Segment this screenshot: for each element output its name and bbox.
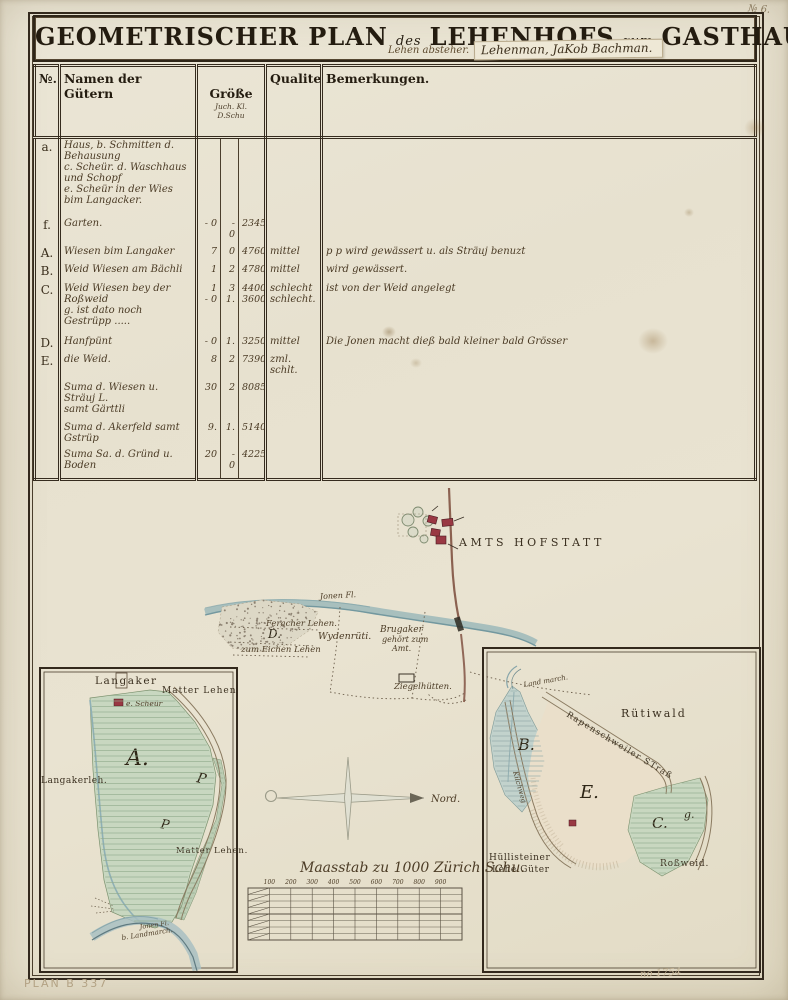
cell-klafter: - 0 [221, 217, 239, 245]
table-row: Suma d. Akerfeld samt Gstrüp 9. 1. 5140 [35, 421, 756, 449]
cell-name: Hanfpünt [60, 335, 197, 353]
cell-schuh: 4760 [239, 245, 266, 263]
scale-title: Maasstab zu 1000 Zürich Schu. [299, 860, 525, 876]
label-brugaker-3: Amt. [391, 644, 411, 653]
label-matter-lehen-top: Matter Lehen [162, 686, 237, 696]
header-remarks: Bemerkungen. [322, 66, 756, 138]
cell-no: a. [35, 138, 60, 218]
cell-schuh: 4780 [239, 263, 266, 281]
cell-schuh: 5140 [239, 421, 266, 449]
cell-klafter: 2 [221, 263, 239, 281]
cell-name: Suma Sa. d. Gründ u. Boden [60, 448, 197, 476]
title-part-1: GEOMETRISCHER PLAN [35, 22, 388, 51]
table-filler-row [35, 476, 756, 480]
cell-klafter [221, 138, 239, 218]
cell-juchart: 9. [197, 421, 221, 449]
cell-name: Haus, b. Schmitten d. Behausung c. Scheü… [60, 138, 197, 218]
table-row: A. Wiesen bim Langaker 7 0 4760 mittel p… [35, 245, 756, 263]
field-a [90, 690, 216, 928]
cell-klafter: 1. [221, 335, 239, 353]
compass-south-circle [266, 791, 277, 802]
cell-no: D. [35, 335, 60, 353]
label-g: g. [684, 808, 695, 821]
table-row: D. Hanfpünt - 0 1. 3250 mittel Die Jonen… [35, 335, 756, 353]
label-brugaker-2: gehört zum [382, 635, 429, 644]
cell-schuh [239, 138, 266, 218]
land-register-table: №. Namen der Gütern Größe Juch. Kl. D.Sc… [33, 64, 757, 481]
cell-quality: mittel [266, 335, 322, 353]
pencil-number-right: no 1754 [640, 967, 682, 980]
svg-text:800: 800 [413, 879, 425, 886]
cell-schuh: 8085 [239, 381, 266, 421]
label-langaker: Langaker [95, 675, 158, 687]
building-e [569, 820, 576, 826]
cell-no [35, 421, 60, 449]
table-row: E. die Weid. 8 2 7390 zml. schlt. [35, 353, 756, 381]
cell-quality: mittel [266, 263, 322, 281]
cell-quality: zml. schlt. [266, 353, 322, 381]
header-name: Namen der Gütern [60, 66, 197, 138]
label-eichen-lehen: zum Eichen Lehen [240, 645, 321, 655]
cell-juchart [197, 138, 221, 218]
cell-juchart: 8 [197, 353, 221, 381]
cell-remark [322, 421, 756, 449]
table-row: C. Weid Wiesen bey der Roßweid g. ist da… [35, 282, 756, 335]
subtitle-note: Lehen absteher. [388, 45, 469, 56]
title-part-3: GASTHAUS RÜTI. [661, 22, 788, 51]
cell-no: E. [35, 353, 60, 381]
svg-text:400: 400 [327, 879, 340, 886]
cell-schuh: 7390 [239, 353, 266, 381]
cell-name: Garten. [60, 217, 197, 245]
cell-name: Weid Wiesen am Bächli [60, 263, 197, 281]
label-ziegelhuetten: Ziegelhütten. [393, 682, 452, 692]
cell-juchart: 7 [197, 245, 221, 263]
cell-klafter: 3 1. [221, 282, 239, 335]
cell-no: A. [35, 245, 60, 263]
label-ruetiwald: Rütiwald [621, 707, 687, 720]
svg-text:300: 300 [306, 879, 318, 886]
cell-juchart: 1 - 0 [197, 282, 221, 335]
cell-no: f. [35, 217, 60, 245]
scheuer-building [114, 699, 123, 706]
cell-schuh: 4225 [239, 448, 266, 476]
header-size: Größe Juch. Kl. D.Schu [197, 66, 266, 138]
center-map: AMTS HOFSTATT Jonen Fl. Feracher Lehen. … [205, 488, 605, 703]
cell-klafter: - 0 [221, 448, 239, 476]
cell-juchart: - 0 [197, 335, 221, 353]
label-brugaker-1: Brugaker [379, 625, 424, 635]
cell-name: die Weid. [60, 353, 197, 381]
label-d: D. [267, 627, 281, 641]
pencil-archive-number: PLAN B 337 [24, 977, 108, 990]
cell-quality [266, 381, 322, 421]
right-panel-map: Land march. Rütiwald Rapenschweiler STra… [483, 648, 760, 972]
cell-remark: p p wird gewässert u. als Sträuj benuzt [322, 245, 756, 263]
label-wydenrueti: Wydenrüti. [318, 631, 371, 642]
cell-no: B. [35, 263, 60, 281]
svg-text:100: 100 [264, 879, 276, 886]
compass-rose: Nord. [266, 757, 461, 840]
cell-schuh: 3250 [239, 335, 266, 353]
cell-remark: wird gewässert. [322, 263, 756, 281]
cell-juchart: 1 [197, 263, 221, 281]
svg-text:200: 200 [284, 879, 297, 886]
label-jonen-fl: Jonen Fl. [318, 590, 357, 601]
cell-name: Suma d. Wiesen u. Sträuj L. samt Gärttli [60, 381, 197, 421]
label-rossweid: Roßweid. [660, 859, 709, 869]
cell-quality [266, 421, 322, 449]
cell-name: Weid Wiesen bey der Roßweid g. ist dato … [60, 282, 197, 335]
cell-remark [322, 448, 756, 476]
label-amts-hofstatt: AMTS HOFSTATT [458, 536, 605, 549]
svg-text:600: 600 [371, 879, 383, 886]
cell-quality [266, 448, 322, 476]
table-row: Suma Sa. d. Gründ u. Boden 20 - 0 4225 [35, 448, 756, 476]
scale-grid: 100200300400500600700800900 [248, 879, 462, 940]
svg-text:500: 500 [349, 879, 361, 886]
cell-quality [266, 138, 322, 218]
label-langakerleh: Langakerleh. [41, 776, 107, 786]
cell-remark [322, 353, 756, 381]
compass-north-arrow [410, 793, 424, 803]
cell-quality: mittel [266, 245, 322, 263]
cell-schuh: 4400 3600. [239, 282, 266, 335]
table-row: Suma d. Wiesen u. Sträuj L. samt Gärttli… [35, 381, 756, 421]
cell-no: C. [35, 282, 60, 335]
header-quality: Qualitet [266, 66, 322, 138]
cell-name: Suma d. Akerfeld samt Gstrüp [60, 421, 197, 449]
cell-name: Wiesen bim Langaker [60, 245, 197, 263]
settlement-buildings [427, 515, 453, 544]
cell-remark [322, 138, 756, 218]
label-landmarch-right: Land march. [522, 673, 569, 689]
header-size-label: Größe [209, 86, 252, 101]
left-panel-map: Langaker Matter Lehen e. Scheür A. Langa… [40, 668, 248, 972]
label-e: E. [579, 782, 599, 803]
cell-quality: schlecht schlecht. [266, 282, 322, 335]
road-main [449, 488, 459, 620]
ziegelhuetten-building [399, 674, 414, 682]
cell-remark: ist von der Weid angelegt [322, 282, 756, 335]
header-no: №. [35, 66, 60, 138]
subtitle: Lehen absteher. Lehenman, JaKob Bachman. [388, 38, 664, 59]
table-row: B. Weid Wiesen am Bächli 1 2 4780 mittel… [35, 263, 756, 281]
table-row: f. Garten. - 0 - 0 2345 [35, 217, 756, 245]
subtitle-paper-slip: Lehenman, JaKob Bachman. [474, 39, 664, 61]
table-header-row: №. Namen der Gütern Größe Juch. Kl. D.Sc… [35, 66, 756, 138]
cell-no [35, 448, 60, 476]
cell-klafter: 1. [221, 421, 239, 449]
tree-cluster [402, 507, 433, 543]
label-matter-lehen-mid: Matter Lehen. [176, 846, 248, 856]
svg-text:700: 700 [392, 879, 404, 886]
header-size-units: Juch. Kl. D.Schu [201, 102, 261, 120]
cell-juchart: - 0 [197, 217, 221, 245]
cell-quality [266, 217, 322, 245]
cell-klafter: 2 [221, 381, 239, 421]
cell-schuh: 2345 [239, 217, 266, 245]
cell-no [35, 381, 60, 421]
maps-canvas: AMTS HOFSTATT Jonen Fl. Feracher Lehen. … [0, 480, 788, 1000]
map-sheet: № 6. GEOMETRISCHER PLAN des LEHENHOFS zu… [0, 0, 788, 1000]
label-nord: Nord. [430, 794, 460, 805]
cell-remark [322, 217, 756, 245]
table-row: a. Haus, b. Schmitten d. Behausung c. Sc… [35, 138, 756, 218]
cell-klafter: 0 [221, 245, 239, 263]
cell-remark [322, 381, 756, 421]
compass-vertical-spindle [345, 757, 352, 840]
cell-remark: Die Jonen macht dieß bald kleiner bald G… [322, 335, 756, 353]
cell-juchart: 20 [197, 448, 221, 476]
cell-klafter: 2 [221, 353, 239, 381]
svg-text:900: 900 [435, 879, 447, 886]
cell-juchart: 30 [197, 381, 221, 421]
